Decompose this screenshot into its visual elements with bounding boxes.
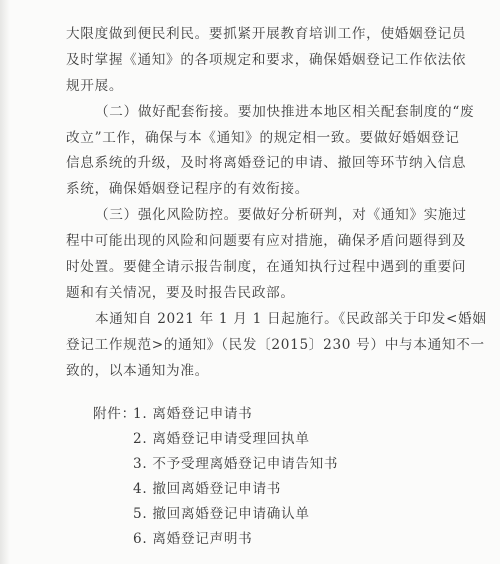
attachment-item: 5. 撤回离婚登记申请确认单 <box>133 502 310 527</box>
text-line: 致的，以本通知为准。 <box>66 359 440 385</box>
attachment-row: 5. 撤回离婚登记申请确认单 <box>93 502 338 527</box>
text-line: 大限度做到便民利民。要抓紧开展教育培训工作，使婚姻登记员 <box>66 22 440 48</box>
text-line: 系统，确保婚姻登记程序的有效衔接。 <box>66 177 440 203</box>
attachment-row: 4. 撤回离婚登记申请书 <box>93 477 338 502</box>
paragraph-section-2: （二）做好配套衔接。要加快推进本地区相关配套制度的“废 改立”工作，确保与本《通… <box>66 100 440 204</box>
text-line: 题和有关情况，要及时报告民政部。 <box>66 281 440 307</box>
attachment-row: 3. 不予受理离婚登记申请告知书 <box>93 452 338 477</box>
text-line: 登记工作规范>的通知》（民发〔2015〕230 号）中与本通知不一 <box>66 333 440 359</box>
text-line: 改立”工作，确保与本《通知》的规定相一致。要做好婚姻登记 <box>66 126 440 152</box>
section-heading-line: （三）强化风险防控。要做好分析研判，对《通知》实施过 <box>66 203 440 229</box>
text-line: 时处置。要健全请示报告制度，在通知执行过程中遇到的重要问 <box>66 255 440 281</box>
attachment-item: 6. 离婚登记声明书 <box>133 527 252 552</box>
text-line: 本通知自 2021 年 1 月 1 日起施行。《民政部关于印发<婚姻 <box>66 307 440 333</box>
attachments-label: 附件： <box>93 402 133 427</box>
scan-edge-shadow <box>0 0 10 564</box>
text-line: 规开展。 <box>66 74 440 100</box>
attachment-row: 6. 离婚登记声明书 <box>93 527 338 552</box>
attachment-item: 4. 撤回离婚登记申请书 <box>133 477 281 502</box>
paragraph-section-3: （三）强化风险防控。要做好分析研判，对《通知》实施过 程中可能出现的风险和问题要… <box>66 203 440 307</box>
text-line: 程中可能出现的风险和问题要有应对措施，确保矛盾问题得到及 <box>66 229 440 255</box>
paragraph-effective-date: 本通知自 2021 年 1 月 1 日起施行。《民政部关于印发<婚姻 登记工作规… <box>66 307 440 385</box>
attachment-item: 1. 离婚登记申请书 <box>133 402 252 427</box>
document-body: 大限度做到便民利民。要抓紧开展教育培训工作，使婚姻登记员 及时掌握《通知》的各项… <box>66 22 440 384</box>
attachment-item: 3. 不予受理离婚登记申请告知书 <box>133 452 338 477</box>
attachment-row: 2. 离婚登记申请受理回执单 <box>93 427 338 452</box>
paragraph-continuation: 大限度做到便民利民。要抓紧开展教育培训工作，使婚姻登记员 及时掌握《通知》的各项… <box>66 22 440 100</box>
section-heading-line: （二）做好配套衔接。要加快推进本地区相关配套制度的“废 <box>66 100 440 126</box>
attachment-row: 附件：1. 离婚登记申请书 <box>93 402 338 427</box>
text-line: 及时掌握《通知》的各项规定和要求，确保婚姻登记工作依法依 <box>66 48 440 74</box>
attachments-list: 附件：1. 离婚登记申请书 2. 离婚登记申请受理回执单 3. 不予受理离婚登记… <box>93 402 338 552</box>
attachment-item: 2. 离婚登记申请受理回执单 <box>133 427 310 452</box>
text-line: 信息系统的升级，及时将离婚登记的申请、撤回等环节纳入信息 <box>66 151 440 177</box>
